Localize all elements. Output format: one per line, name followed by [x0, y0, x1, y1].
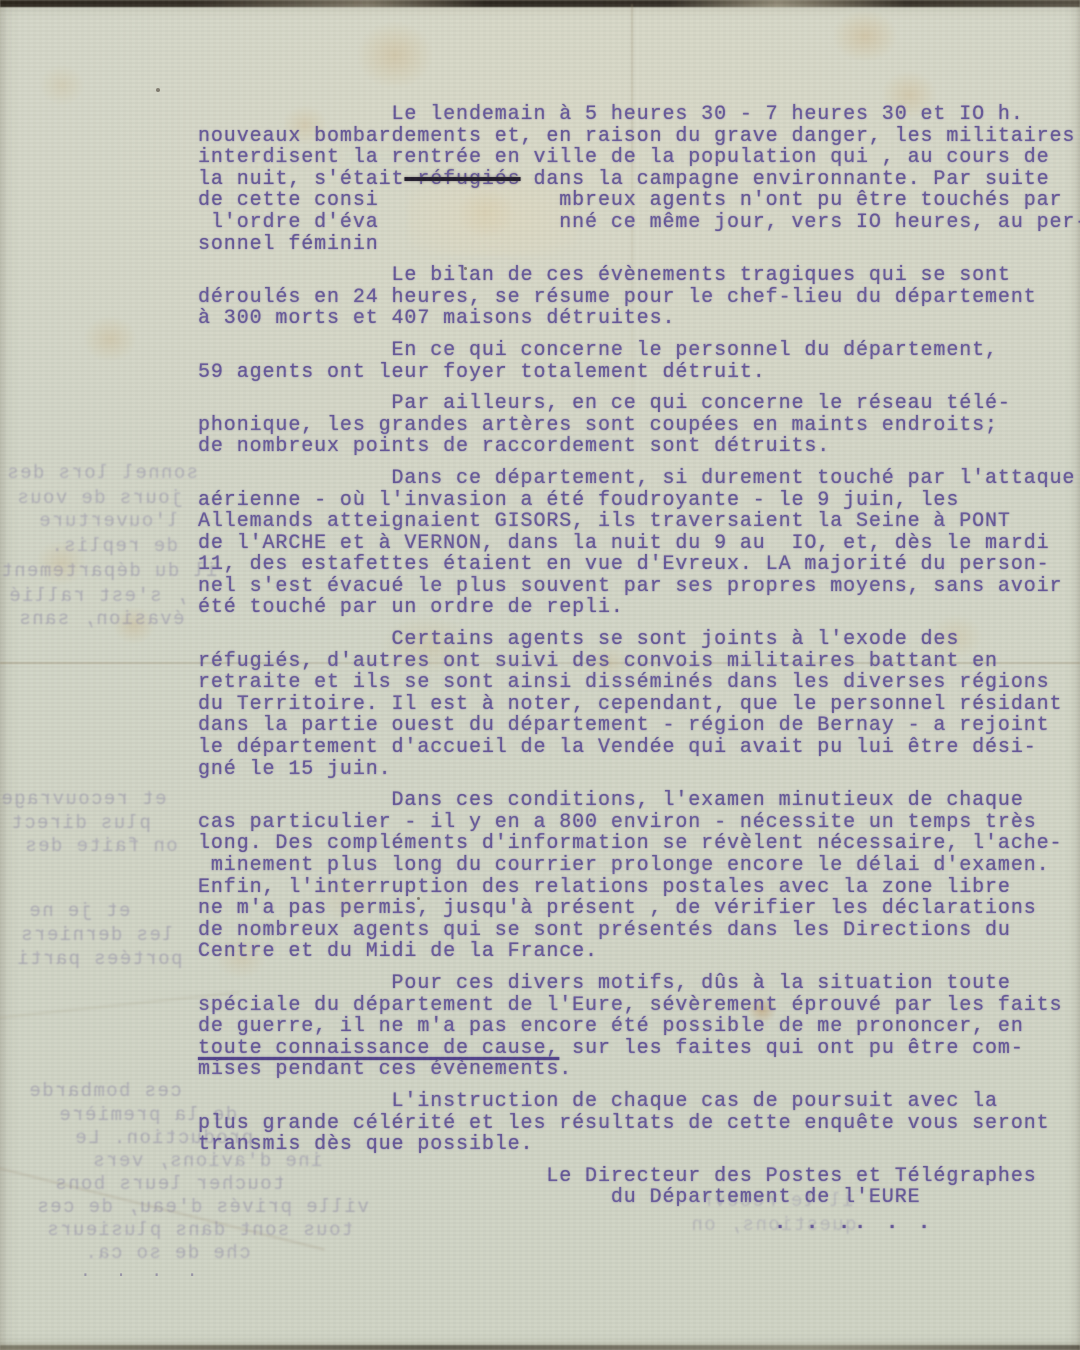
underline-text: toute connaissance de cause,: [198, 1037, 559, 1060]
typed-line: Centre et du Midi de la France.: [198, 941, 1080, 963]
typed-line: la nuit, s'était réfugiés dans la campag…: [198, 169, 1080, 191]
signature-title: Le Directeur des Postes et Télégraphes: [198, 1166, 1080, 1188]
typed-line: Certains agents se sont joints à l'exode…: [198, 629, 1080, 651]
typed-line: retraite et ils se sont ainsi disséminés…: [198, 672, 1080, 694]
typed-line: interdisent la rentrée en ville de la po…: [198, 147, 1080, 169]
paper-stain: [82, 315, 138, 363]
typed-line: Allemands atteignaient GISORS, ils trave…: [198, 511, 1080, 533]
bleedthrough-text: l'ouverture: [38, 510, 179, 532]
typed-paragraphs: Le lendemain à 5 heures 30 - 7 heures 30…: [198, 104, 1080, 1156]
bleedthrough-text: les derniers: [20, 924, 174, 946]
typed-line: En ce qui concerne le personnel du dépar…: [198, 340, 1080, 362]
typed-line: sonnel féminin: [198, 234, 1080, 256]
typed-line: Par ailleurs, en ce qui concerne le rése…: [198, 393, 1080, 415]
document-body: Le lendemain à 5 heures 30 - 7 heures 30…: [198, 104, 1080, 1239]
typed-line: dans la partie ouest du département - ré…: [198, 715, 1080, 737]
signature-department: du Département de l'EURE: [198, 1187, 1080, 1209]
typed-line: réfugiés, d'autres ont suivi des convois…: [198, 651, 1080, 673]
ink-speck: [156, 88, 160, 92]
typed-line: de nombreux points de raccordement sont …: [198, 436, 1080, 458]
bleedthrough-text: ces bombarde: [28, 1080, 182, 1102]
signature-block: Le Directeur des Postes et Télégraphes d…: [198, 1166, 1080, 1239]
bleedthrough-text: il du département: [0, 560, 218, 582]
typed-line: de l'ARCHE et à VERNON, dans la nuit du …: [198, 533, 1080, 555]
bleedthrough-text: et recouvrage: [0, 788, 166, 810]
typed-line: nel s'est évacué le plus souvent par ses…: [198, 576, 1080, 598]
typed-line: minement plus long du courrier prolonge …: [198, 855, 1080, 877]
bleedthrough-text: portées parti: [16, 948, 182, 970]
typed-line: toute connaissance de cause, sur les fai…: [198, 1038, 1080, 1060]
paragraph: Le bilan de ces évènements tragiques qui…: [198, 265, 1080, 330]
bleedthrough-text: plus direct: [10, 812, 151, 834]
paragraph: En ce qui concerne le personnel du dépar…: [198, 340, 1080, 383]
strike-text: réfugiés: [404, 168, 520, 191]
typed-line: de cette consi mbreux agents n'ont pu êt…: [198, 190, 1080, 212]
typed-line: Enfin, l'interruption des relations post…: [198, 877, 1080, 899]
paragraph: L'instruction de chaque cas de poursuit …: [198, 1091, 1080, 1156]
typed-line: gné le 15 juin.: [198, 759, 1080, 781]
typed-line: à 300 morts et 407 maisons détruites.: [198, 308, 1080, 330]
typed-line: Pour ces divers motifs, dûs à la situati…: [198, 973, 1080, 995]
margin-dots: · · · ·: [80, 1266, 205, 1286]
typed-line: plus grande célérité et les résultats de…: [198, 1113, 1080, 1135]
typed-line: l'ordre d'éva nné ce même jour, vers IO …: [198, 212, 1080, 234]
typed-line: ne m'a pas permis, jusqu'à présent , de …: [198, 898, 1080, 920]
typed-line: L'instruction de chaque cas de poursuit …: [198, 1091, 1080, 1113]
paragraph: Le lendemain à 5 heures 30 - 7 heures 30…: [198, 104, 1080, 255]
signature-dots: · · ·· · ·: [198, 1217, 1080, 1239]
typed-line: mises pendant ces évènements.: [198, 1059, 1080, 1081]
typed-line: 59 agents ont leur foyer totalement détr…: [198, 362, 1080, 384]
paper-stain: [355, 20, 435, 90]
typed-line: de nombreux agents qui se sont présentés…: [198, 920, 1080, 942]
scan-bottom-edge: [0, 1345, 1080, 1350]
paper-stain: [40, 65, 84, 105]
typed-line: déroulés en 24 heures, se résume pour le…: [198, 287, 1080, 309]
typed-line: de guerre, il ne m'a pas encore été poss…: [198, 1016, 1080, 1038]
paragraph: Dans ces conditions, l'examen minutieux …: [198, 790, 1080, 963]
bleedthrough-text: et je ne: [28, 900, 130, 922]
typed-line: transmis dès que possible.: [198, 1134, 1080, 1156]
typed-line: du Territoire. Il est à noter, cependant…: [198, 694, 1080, 716]
bleedthrough-text: de replis.: [50, 535, 178, 557]
typed-line: Dans ces conditions, l'examen minutieux …: [198, 790, 1080, 812]
paragraph: Certains agents se sont joints à l'exode…: [198, 629, 1080, 780]
bleedthrough-text: évasion, sans: [18, 608, 184, 630]
typed-line: Le bilan de ces évènements tragiques qui…: [198, 265, 1080, 287]
typed-line: spéciale du département de l'Eure, sévèr…: [198, 995, 1080, 1017]
paragraph: Pour ces divers motifs, dûs à la situati…: [198, 973, 1080, 1081]
typed-line: été touché par un ordre de repli.: [198, 597, 1080, 619]
bleedthrough-text: , s'est rallié: [8, 585, 187, 607]
scan-top-edge: [0, 0, 1080, 7]
typed-line: long. Des compléments d'information se r…: [198, 833, 1080, 855]
bleedthrough-text: sonnel lors des: [6, 462, 198, 484]
bleedthrough-text: jours de vous: [16, 487, 182, 509]
paragraph: Dans ce département, si durement touché …: [198, 468, 1080, 619]
paper-stain: [830, 8, 900, 64]
typed-line: le département d'accueil de la Vendée qu…: [198, 737, 1080, 759]
typed-line: phonique, les grandes artères sont coupé…: [198, 415, 1080, 437]
bleedthrough-text: che de so ca.: [84, 1242, 250, 1264]
typed-line: 11, des estafettes étaient en vue d'Evre…: [198, 554, 1080, 576]
typed-line: cas particulier - il y en a 800 environ …: [198, 812, 1080, 834]
typed-line: nouveaux bombardements et, en raison du …: [198, 126, 1080, 148]
paragraph: Par ailleurs, en ce qui concerne le rése…: [198, 393, 1080, 458]
typed-line: Le lendemain à 5 heures 30 - 7 heures 30…: [198, 104, 1080, 126]
bleedthrough-text: on faite des: [24, 835, 178, 857]
typed-line: Dans ce département, si durement touché …: [198, 468, 1080, 490]
document-page: sonnel lors desjours de vousl'ouvertured…: [0, 0, 1080, 1350]
typed-line: aérienne - où l'invasion a été foudroyan…: [198, 490, 1080, 512]
